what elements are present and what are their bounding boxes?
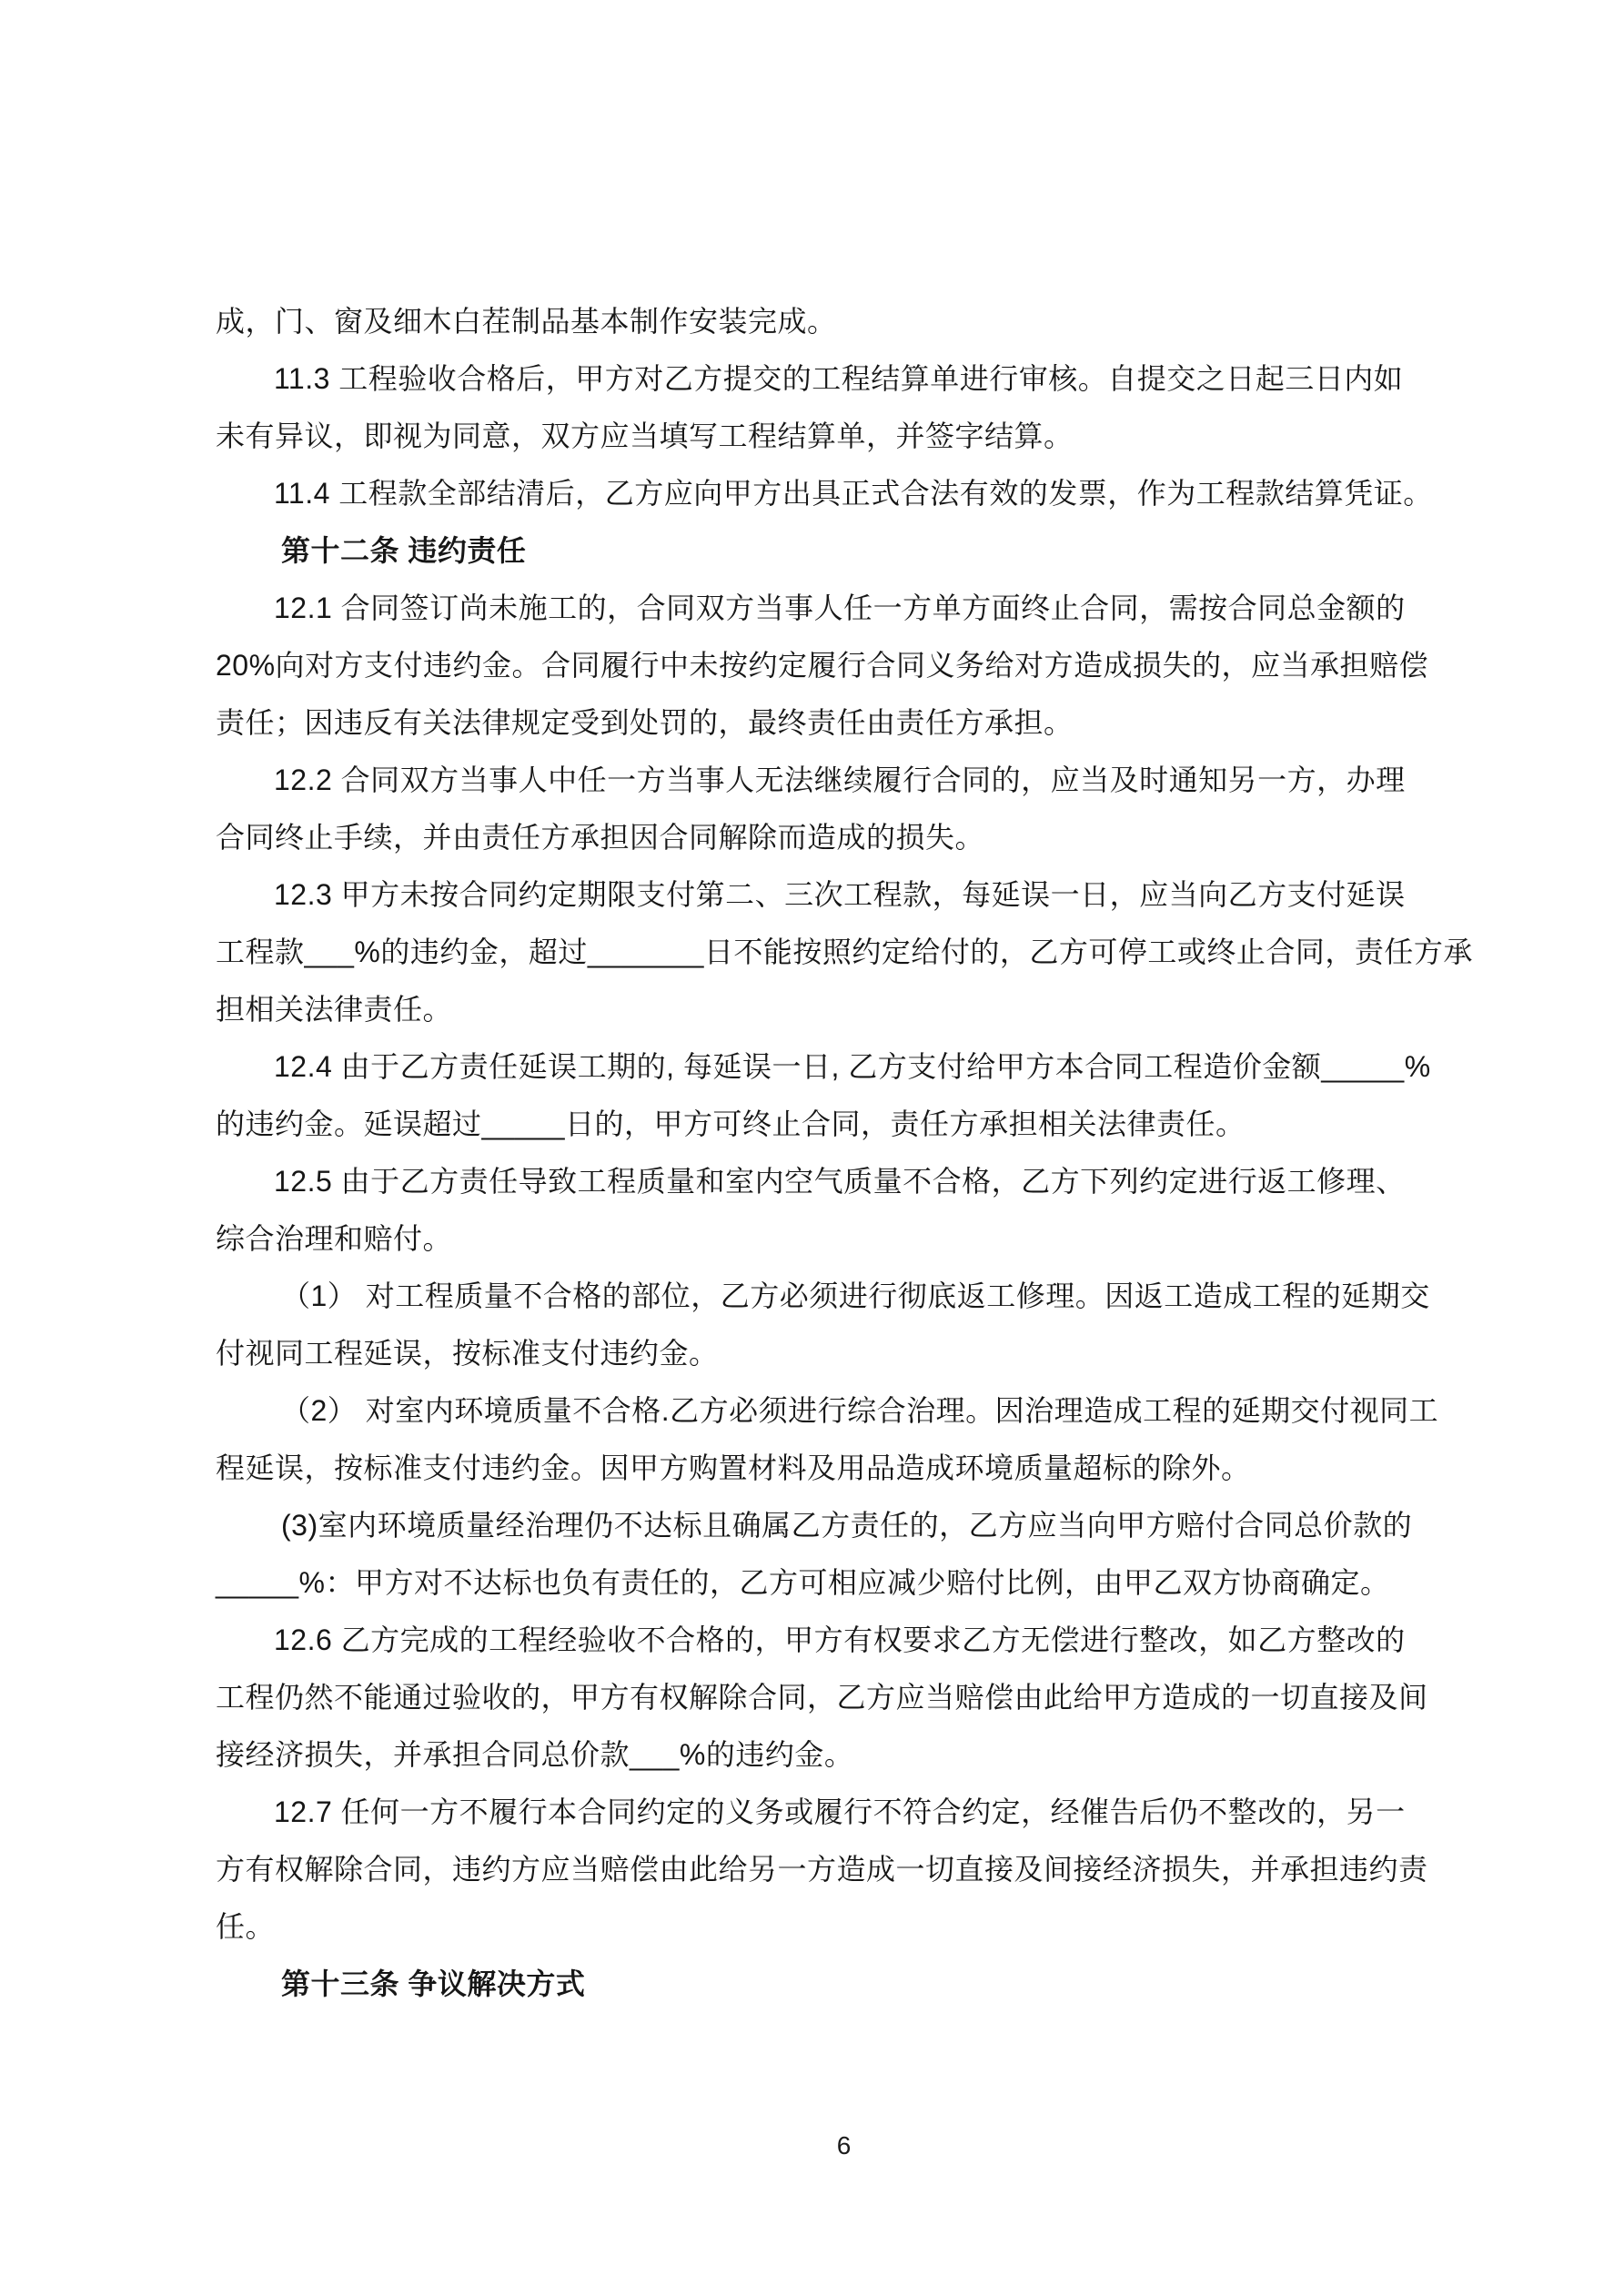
text-line: 的违约金。延误超过_____日的，甲方可终止合同，责任方承担相关法律责任。 — [216, 1096, 1408, 1153]
document-page: 成，门、窗及细木白茬制品基本制作安装完成。11.3 工程验收合格后，甲方对乙方提… — [0, 0, 1624, 2296]
text-line: 20%向对方支付违约金。合同履行中未按约定履行合同义务给对方造成损失的，应当承担… — [216, 637, 1408, 694]
page-number: 6 — [0, 2130, 1624, 2161]
text-line: （1） 对工程质量不合格的部位，乙方必须进行彻底返工修理。因返工造成工程的延期交 — [216, 1268, 1408, 1325]
text-line: 12.3 甲方未按合同约定期限支付第二、三次工程款，每延误一日，应当向乙方支付延… — [216, 866, 1408, 924]
text-line: 未有异议，即视为同意，双方应当填写工程结算单，并签字结算。 — [216, 408, 1408, 465]
text-line: 12.4 由于乙方责任延误工期的, 每延误一日, 乙方支付给甲方本合同工程造价金… — [216, 1038, 1408, 1096]
text-line: 12.6 乙方完成的工程经验收不合格的，甲方有权要求乙方无偿进行整改，如乙方整改… — [216, 1612, 1408, 1669]
heading-line: 第十三条 争议解决方式 — [216, 1956, 1408, 2013]
text-line: 合同终止手续，并由责任方承担因合同解除而造成的损失。 — [216, 809, 1408, 866]
text-line: 11.3 工程验收合格后，甲方对乙方提交的工程结算单进行审核。自提交之日起三日内… — [216, 350, 1408, 408]
document-body: 成，门、窗及细木白茬制品基本制作安装完成。11.3 工程验收合格后，甲方对乙方提… — [216, 293, 1408, 2013]
text-line: 12.1 合同签订尚未施工的，合同双方当事人任一方单方面终止合同，需按合同总金额… — [216, 580, 1408, 637]
text-line: (3)室内环境质量经治理仍不达标且确属乙方责任的，乙方应当向甲方赔付合同总价款的 — [216, 1497, 1408, 1554]
text-line: 11.4 工程款全部结清后，乙方应向甲方出具正式合法有效的发票，作为工程款结算凭… — [216, 465, 1408, 522]
text-line: 接经济损失，并承担合同总价款___%的违约金。 — [216, 1726, 1408, 1784]
heading-line: 第十二条 违约责任 — [216, 522, 1408, 580]
text-line: 12.7 任何一方不履行本合同约定的义务或履行不符合约定，经催告后仍不整改的，另… — [216, 1784, 1408, 1841]
text-line: 成，门、窗及细木白茬制品基本制作安装完成。 — [216, 293, 1408, 350]
text-line: 综合治理和赔付。 — [216, 1210, 1408, 1268]
text-line: 任。 — [216, 1898, 1408, 1956]
text-line: _____%：甲方对不达标也负有责任的，乙方可相应减少赔付比例，由甲乙双方协商确… — [216, 1554, 1408, 1612]
text-line: 程延误，按标准支付违约金。因甲方购置材料及用品造成环境质量超标的除外。 — [216, 1440, 1408, 1497]
text-line: 工程款___%的违约金，超过_______日不能按照约定给付的，乙方可停工或终止… — [216, 924, 1408, 981]
text-line: 12.2 合同双方当事人中任一方当事人无法继续履行合同的，应当及时通知另一方，办… — [216, 752, 1408, 809]
text-line: 方有权解除合同，违约方应当赔偿由此给另一方造成一切直接及间接经济损失，并承担违约… — [216, 1841, 1408, 1898]
text-line: （2） 对室内环境质量不合格.乙方必须进行综合治理。因治理造成工程的延期交付视同… — [216, 1382, 1408, 1440]
text-line: 工程仍然不能通过验收的，甲方有权解除合同，乙方应当赔偿由此给甲方造成的一切直接及… — [216, 1669, 1408, 1726]
text-line: 担相关法律责任。 — [216, 981, 1408, 1038]
text-line: 付视同工程延误，按标准支付违约金。 — [216, 1325, 1408, 1382]
text-line: 责任；因违反有关法律规定受到处罚的，最终责任由责任方承担。 — [216, 694, 1408, 752]
text-line: 12.5 由于乙方责任导致工程质量和室内空气质量不合格，乙方下列约定进行返工修理… — [216, 1153, 1408, 1210]
